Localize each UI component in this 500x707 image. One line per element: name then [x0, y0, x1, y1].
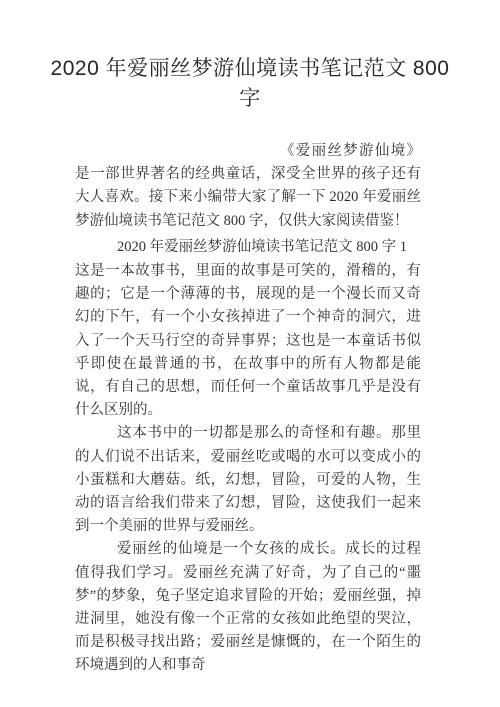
document-title: 2020 年爱丽丝梦游仙境读书笔记范文 800 字: [0, 54, 500, 114]
document-title-line-1: 2020 年爱丽丝梦游仙境读书笔记范文 800: [0, 54, 500, 84]
document-title-line-2: 字: [0, 84, 500, 114]
body-paragraph-2: 这本书中的一切都是那么的奇怪和有趣。那里的人们说不出话来，爱丽丝吃或喝的水可以变…: [75, 422, 421, 538]
section-heading: 2020 年爱丽丝梦游仙境读书笔记范文 800 字 1: [75, 236, 421, 259]
document-body: 《爱丽丝梦游仙境》是一部世界著名的经典童话，深受全世界的孩子还有大人喜欢。接下来…: [75, 140, 421, 678]
intro-paragraph: 《爱丽丝梦游仙境》是一部世界著名的经典童话，深受全世界的孩子还有大人喜欢。接下来…: [75, 140, 421, 233]
document-page: 2020 年爱丽丝梦游仙境读书笔记范文 800 字 《爱丽丝梦游仙境》是一部世界…: [0, 0, 500, 707]
body-paragraph-3: 爱丽丝的仙境是一个女孩的成长。成长的过程值得我们学习。爱丽丝充满了好奇，为了自己…: [75, 538, 421, 677]
body-paragraph-1: 这是一本故事书，里面的故事是可笑的，滑稽的，有趣的；它是一个薄薄的书，展现的是一…: [75, 260, 421, 422]
